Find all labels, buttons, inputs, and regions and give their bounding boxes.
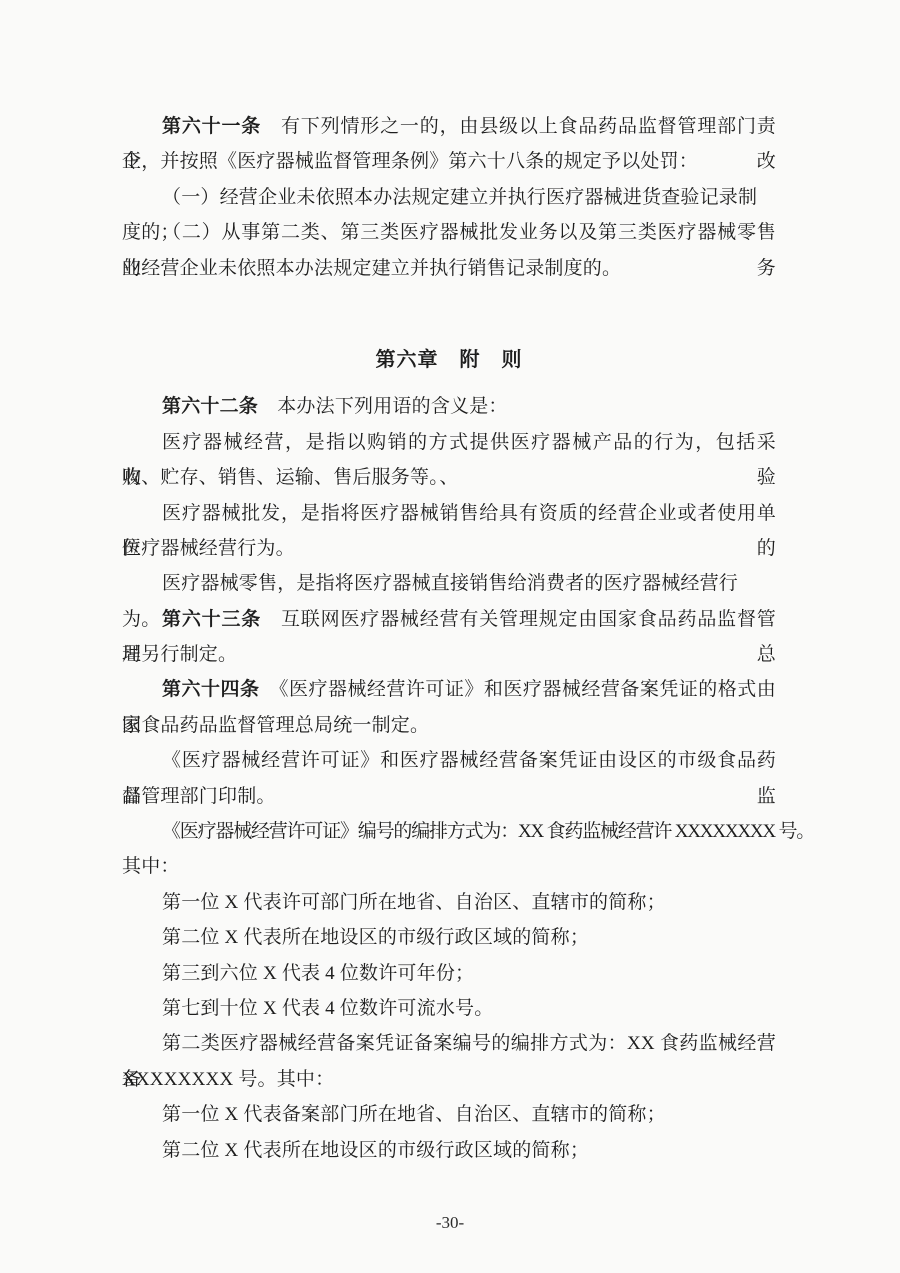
- text-line: 《医疗器械经营许可证》编号的编排方式为：XX 食药监械经营许 XXXXXXXX …: [122, 814, 776, 849]
- text-line: XXXXXXXX 号。其中：: [122, 1062, 776, 1097]
- text-line: 第六十三条 互联网医疗器械经营有关管理规定由国家食品药品监督管理总: [122, 602, 776, 637]
- text-line: 其中：: [122, 849, 776, 884]
- text-line: 第二类医疗器械经营备案凭证备案编号的编排方式为：XX 食药监械经营备: [122, 1026, 776, 1061]
- text-line: 第六十二条 本办法下列用语的含义是：: [122, 389, 776, 424]
- text-line: （一）经营企业未依照本办法规定建立并执行医疗器械进货查验记录制度的；: [122, 180, 776, 215]
- chapter-heading: 第六章 附 则: [122, 343, 776, 378]
- text-line: 第七到十位 X 代表 4 位数许可流水号。: [122, 991, 776, 1026]
- article-number: 第六十二条: [162, 396, 258, 417]
- document-lines: 第六十一条 有下列情形之一的，由县级以上食品药品监督管理部门责令改正，并按照《医…: [122, 0, 776, 1168]
- article-number: 第六十四条: [162, 679, 259, 700]
- text-line: 医疗器械零售，是指将医疗器械直接销售给消费者的医疗器械经营行为。: [122, 566, 776, 601]
- text-line: 第六十一条 有下列情形之一的，由县级以上食品药品监督管理部门责令改: [122, 109, 776, 144]
- article-number: 第六十一条: [162, 116, 261, 137]
- text-line: 第六十四条 《医疗器械经营许可证》和医疗器械经营备案凭证的格式由国: [122, 672, 776, 707]
- text-line: 第二位 X 代表所在地设区的市级行政区域的简称；: [122, 1133, 776, 1168]
- text-line: 第一位 X 代表备案部门所在地省、自治区、直辖市的简称；: [122, 1097, 776, 1132]
- text-line: 正，并按照《医疗器械监督管理条例》第六十八条的规定予以处罚：: [122, 144, 776, 179]
- document-page: 第六十一条 有下列情形之一的，由县级以上食品药品监督管理部门责令改正，并按照《医…: [0, 0, 900, 1273]
- text-line: 《医疗器械经营许可证》和医疗器械经营备案凭证由设区的市级食品药品监: [122, 743, 776, 778]
- text-line: 第二位 X 代表所在地设区的市级行政区域的简称；: [122, 920, 776, 955]
- text-line: 医疗器械批发，是指将医疗器械销售给具有资质的经营企业或者使用单位的: [122, 496, 776, 531]
- page-number: -30-: [0, 1205, 900, 1240]
- text-line: （二）从事第二类、第三类医疗器械批发业务以及第三类医疗器械零售业务: [122, 215, 776, 250]
- article-number: 第六十三条: [162, 609, 261, 630]
- text-line: 家食品药品监督管理总局统一制定。: [122, 708, 776, 743]
- text-line: 第一位 X 代表许可部门所在地省、自治区、直辖市的简称；: [122, 885, 776, 920]
- text-line: 医疗器械经营，是指以购销的方式提供医疗器械产品的行为，包括采购、验: [122, 425, 776, 460]
- text-line: 第三到六位 X 代表 4 位数许可年份；: [122, 956, 776, 991]
